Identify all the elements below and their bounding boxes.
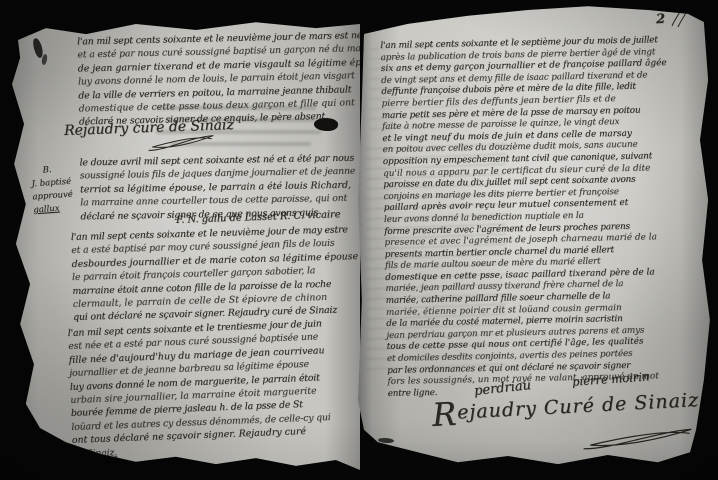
baptism-entry-4: l'an mil sept cents soixante et le trent… — [68, 317, 332, 461]
ink-blot — [378, 437, 394, 443]
baptism-entry-3: l'an mil sept cents soixante et le neuvi… — [71, 223, 360, 325]
signature-flourish — [579, 425, 695, 453]
baptism-entry-1: l'an mil sept cents soixante et le neuvi… — [77, 29, 386, 130]
margin-note-line: gallux — [33, 202, 74, 218]
manuscript-scan: B. J. baptisé approuvé gallux l'an mil s… — [0, 0, 718, 480]
page-number-label: 2 — [656, 12, 666, 27]
right-page: 2 l'an mil sept cents soixante et le sep… — [358, 0, 712, 478]
margin-annotation: B. J. baptisé approuvé gallux — [30, 163, 74, 218]
left-page: B. J. baptisé approuvé gallux l'an mil s… — [6, 14, 360, 470]
ink-blot — [41, 54, 48, 66]
pen-flourish — [668, 6, 690, 28]
marriage-entry: l'an mil sept cents soixante et le septi… — [380, 35, 673, 400]
signature-initial: R — [431, 395, 458, 434]
